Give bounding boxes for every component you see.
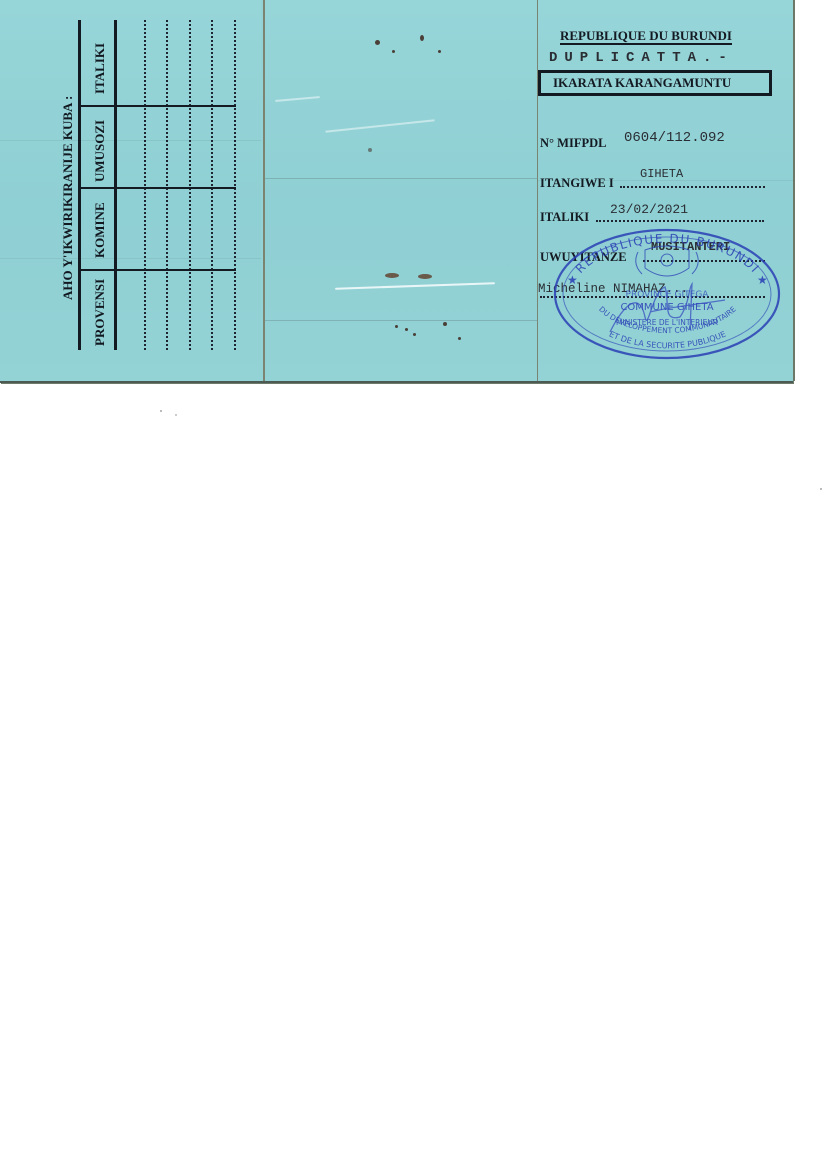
country-heading: REPUBLIQUE DU BURUNDI (560, 28, 732, 45)
wear-mark (395, 325, 398, 328)
field-dotted-line (620, 186, 765, 188)
wear-mark (375, 40, 380, 45)
table-row-line (144, 20, 146, 350)
table-row-line (234, 20, 236, 350)
column-divider (80, 187, 236, 189)
field-label-itangiwe: ITANGIWE I (540, 176, 614, 191)
table-row-line (189, 20, 191, 350)
table-header-divider (114, 20, 117, 350)
scan-speck (160, 410, 162, 412)
middle-panel-blank (263, 0, 539, 381)
wear-mark (385, 273, 399, 278)
wear-mark (443, 322, 447, 326)
wear-mark (413, 333, 416, 336)
wear-mark (405, 328, 408, 331)
column-header-italiki: ITALIKI (92, 43, 108, 94)
wear-mark (420, 35, 424, 41)
crease-mark (275, 96, 320, 102)
official-stamp: REPUBLIQUE DU BURUNDI ★ ★ PROVINCE GITEG… (550, 222, 785, 362)
wear-mark (392, 50, 395, 53)
left-panel-residence-table: AHO Y'IKWIRIKIRANIJE KUBA : PROVENSI KOM… (0, 0, 261, 381)
identity-card: AHO Y'IKWIRIKIRANIJE KUBA : PROVENSI KOM… (0, 0, 793, 383)
card-title: IKARATA KARANGAMUNTU (538, 70, 772, 96)
field-label-mifpdl: N° MIFPDL (540, 136, 606, 151)
column-header-provensi: PROVENSI (92, 279, 108, 346)
duplicate-mark: DUPLICATTA.- (549, 50, 734, 66)
wear-mark (438, 50, 441, 53)
column-divider (80, 105, 236, 107)
field-value-itangiwe: GIHETA (640, 167, 683, 181)
residence-table-title: AHO Y'IKWIRIKIRANIJE KUBA : (60, 96, 76, 300)
crease-mark (325, 119, 435, 132)
scan-speck (175, 414, 177, 416)
column-header-umusozi: UMUSOZI (92, 120, 108, 182)
table-row-line (211, 20, 213, 350)
column-header-komine: KOMINE (92, 202, 108, 258)
wear-mark (418, 274, 432, 279)
column-divider (80, 269, 236, 271)
star-icon: ★ (757, 273, 768, 287)
crease-mark (335, 282, 495, 290)
field-value-mifpdl: 0604/112.092 (624, 130, 725, 146)
scan-speck (820, 488, 822, 490)
wear-mark (368, 148, 372, 152)
table-border-left (78, 20, 81, 350)
wear-mark (458, 337, 461, 340)
table-row-line (166, 20, 168, 350)
field-value-italiki: 23/02/2021 (610, 202, 688, 217)
star-icon: ★ (567, 273, 578, 287)
coat-of-arms-icon (636, 246, 699, 276)
